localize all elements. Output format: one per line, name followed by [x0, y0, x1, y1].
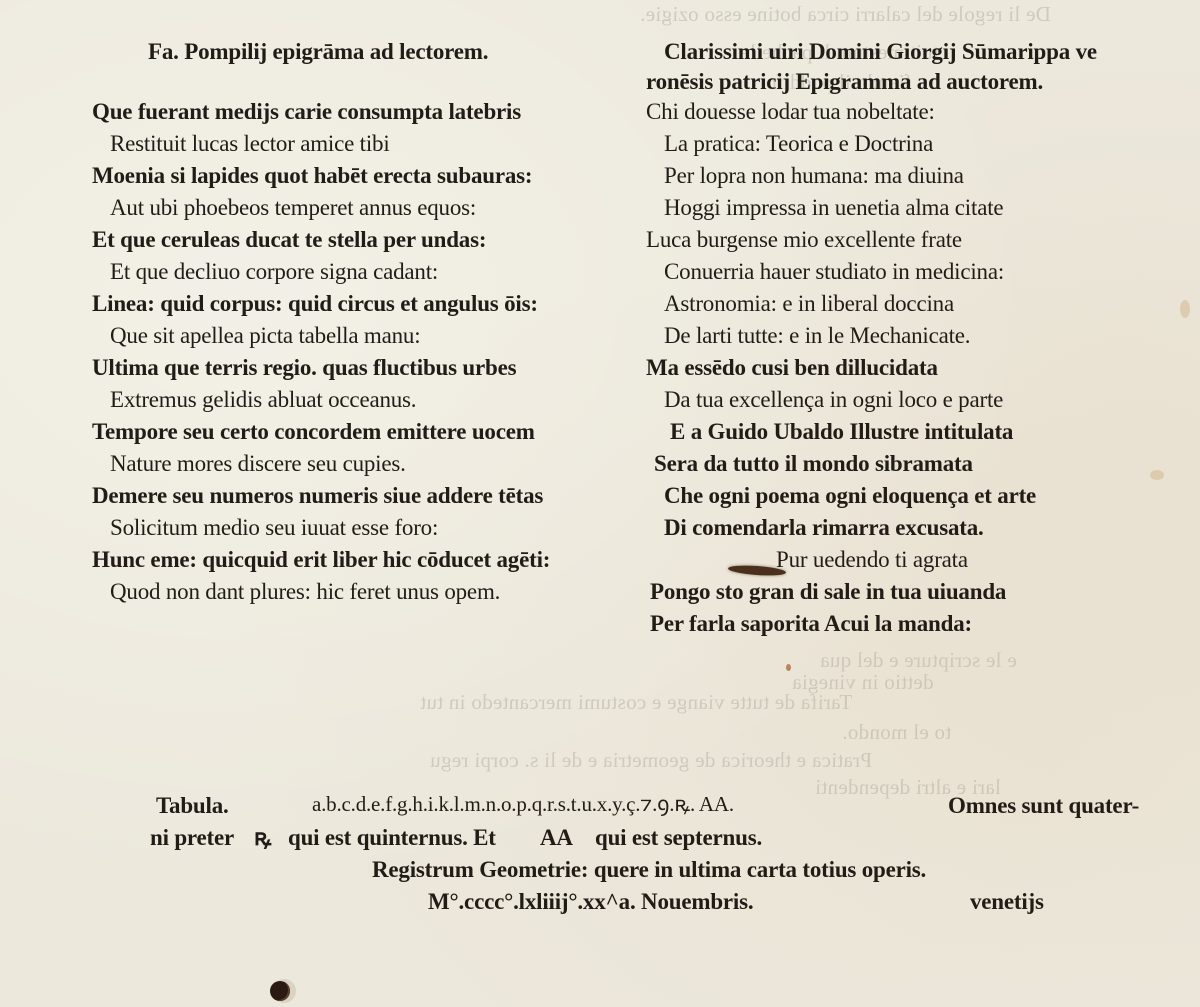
verse-line: Linea: quid corpus: quid circus et angul… [92, 292, 538, 315]
verse-line: Ultima que terris regio. quas fluctibus … [92, 356, 516, 379]
show-through-text: to el mondo. [842, 720, 951, 745]
left-heading: Fa. Pompilij epigrāma ad lectorem. [148, 40, 488, 63]
show-through-text: Pratica e theorica de geometria e de li … [430, 748, 872, 773]
verse-line: Solicitum medio seu iuuat esse foro: [110, 516, 438, 539]
show-through-text: Tarifa de tutte viange e costumi mercant… [420, 690, 852, 715]
verse-line: Que fuerant medijs carie consumpta lateb… [92, 100, 521, 123]
registrum-text: Registrum Geometrie: quere in ultima car… [372, 858, 926, 881]
verse-line: Per farla saporita Acui la manda: [650, 612, 972, 635]
right-heading-line: Clarissimi uiri Domini Giorgij Sūmarippa… [664, 40, 1097, 63]
verse-line: Aut ubi phoebeos temperet annus equos: [110, 196, 476, 219]
verse-line: Per lopra non humana: ma diuina [664, 164, 964, 187]
verse-line: Extremus gelidis abluat occeanus. [110, 388, 416, 411]
verse-line: De larti tutte: e in le Mechanicate. [664, 324, 970, 347]
verse-line: Quod non dant plures: hic feret unus ope… [110, 580, 500, 603]
verse-line: Chi douesse lodar tua nobeltate: [646, 100, 935, 123]
verse-line: Que sit apellea picta tabella manu: [110, 324, 420, 347]
foxing-spot [786, 664, 791, 671]
omnes-text: Omnes sunt quater- [948, 794, 1139, 817]
verse-line: Restituit lucas lector amice tibi [110, 132, 390, 155]
verse-line: Hunc eme: quicquid erit liber hic cōduce… [92, 548, 550, 571]
verse-line: Sera da tutto il mondo sibramata [654, 452, 973, 475]
register-symbol: ꝶ [254, 826, 271, 849]
register-symbol: AA [540, 826, 573, 849]
verse-line: Moenia si lapides quot habēt erecta suba… [92, 164, 532, 187]
tabula-label: Tabula. [156, 794, 229, 817]
verse-line: Conuerria hauer studiato in medicina: [664, 260, 1004, 283]
verse-line: Che ogni poema ogni eloquença et arte [664, 484, 1036, 507]
foxing-spot [1180, 300, 1190, 318]
colophon-text: qui est septernus. [595, 826, 762, 849]
worm-hole [270, 981, 290, 1001]
verse-line: Pongo sto gran di sale in tua uiuanda [650, 580, 1006, 603]
register-letters: a.b.c.d.e.f.g.h.i.k.l.m.n.o.p.q.r.s.t.u.… [312, 794, 734, 815]
colophon-text: qui est quinternus. Et [288, 826, 496, 849]
place-text: venetijs [970, 890, 1044, 913]
verse-line: Et que decliuo corpore signa cadant: [110, 260, 438, 283]
colophon-text: ni preter [150, 826, 234, 849]
verse-line: Astronomia: e in liberal doccina [664, 292, 954, 315]
document-page: De li regole del calarri circa botine es… [0, 0, 1200, 1007]
verse-line: Tempore seu certo concordem emittere uoc… [92, 420, 535, 443]
verse-line: Et que ceruleas ducat te stella per unda… [92, 228, 486, 251]
verse-line: Nature mores discere seu cupies. [110, 452, 406, 475]
date-text: M°.cccc°.lxliiij°.xx^a. Nouembris. [428, 890, 753, 913]
verse-line: E a Guido Ubaldo Illustre intitulata [670, 420, 1013, 443]
foxing-spot [1150, 470, 1164, 480]
right-heading-line: ronēsis patricij Epigramma ad auctorem. [646, 70, 1043, 93]
verse-line: La pratica: Teorica e Doctrina [664, 132, 933, 155]
show-through-text: De li regole del calarri circa botine es… [640, 2, 1051, 27]
verse-line: Pur uedendo ti agrata [776, 548, 968, 571]
verse-line: Ma essēdo cusi ben dillucidata [646, 356, 938, 379]
verse-line: Luca burgense mio excellente frate [646, 228, 962, 251]
verse-line: Di comendarla rimarra excusata. [664, 516, 984, 539]
verse-line: Hoggi impressa in uenetia alma citate [664, 196, 1003, 219]
verse-line: Da tua excellença in ogni loco e parte [664, 388, 1003, 411]
verse-line: Demere seu numeros numeris siue addere t… [92, 484, 543, 507]
